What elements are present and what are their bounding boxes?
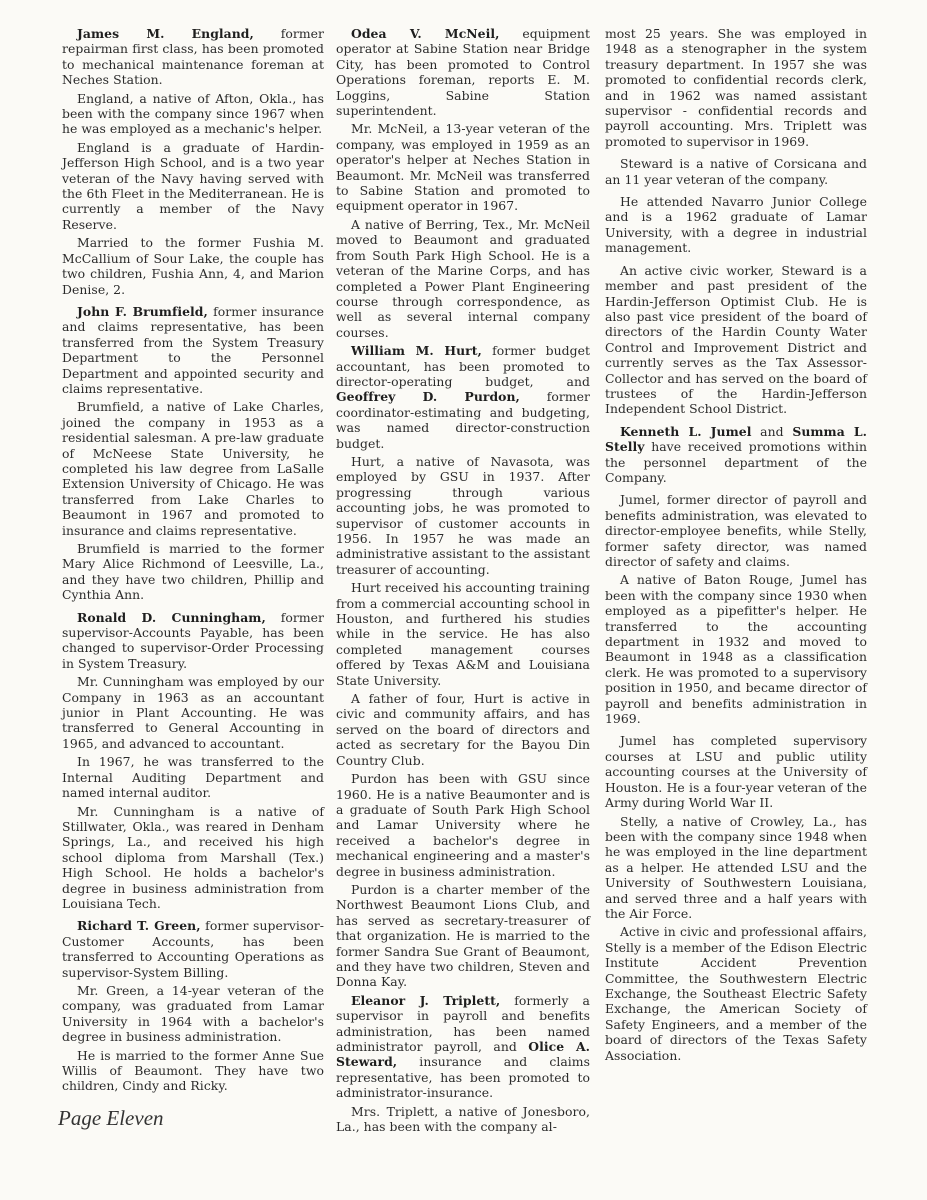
article-paragraph: Hurt, a native of Navasota, was employed… (336, 454, 590, 577)
article-paragraph: Steward is a native of Corsicana and an … (605, 156, 867, 187)
article-paragraph: A father of four, Hurt is active in civi… (336, 691, 590, 768)
article-paragraph: Eleanor J. Triplett, formerly a supervis… (336, 993, 590, 1101)
paragraph-text: Mrs. Triplett, a native of Jonesboro, La… (336, 1104, 590, 1134)
person-name: Richard T. Green, (77, 918, 201, 933)
page-number-footer: Page Eleven (58, 1106, 164, 1131)
article-paragraph: Odea V. McNeil, equipment operator at Sa… (336, 26, 590, 118)
article-paragraph: Mrs. Triplett, a native of Jonesboro, La… (336, 1104, 590, 1135)
paragraph-text: Active in civic and professional affairs… (605, 924, 867, 1062)
paragraph-text: A native of Baton Rouge, Jumel has been … (605, 572, 867, 726)
article-paragraph: John F. Brumfield, former insurance and … (62, 304, 324, 396)
person-name: William M. Hurt, (351, 343, 482, 358)
paragraph-text: have received promotions within the pers… (605, 439, 867, 485)
paragraph-text: England is a graduate of Hardin-Jefferso… (62, 140, 324, 232)
paragraph-text: Purdon is a charter member of the Northw… (336, 882, 590, 989)
paragraph-text: Brumfield, a native of Lake Charles, joi… (62, 399, 324, 537)
paragraph-text: A father of four, Hurt is active in civi… (336, 691, 590, 768)
person-name: Eleanor J. Triplett, (351, 993, 500, 1008)
paragraph-text: Mr. McNeil, a 13-year veteran of the com… (336, 121, 590, 213)
person-name: Ronald D. Cunningham, (77, 610, 266, 625)
paragraph-text: He attended Navarro Junior College and i… (605, 194, 867, 255)
paragraph-text: Jumel has completed supervisory courses … (605, 733, 867, 810)
article-paragraph: Jumel has completed supervisory courses … (605, 733, 867, 810)
paragraph-text: An active civic worker, Steward is a mem… (605, 263, 867, 417)
column-2: Odea V. McNeil, equipment operator at Sa… (336, 26, 590, 1137)
article-paragraph: Hurt received his accounting training fr… (336, 580, 590, 688)
article-paragraph: An active civic worker, Steward is a mem… (605, 263, 867, 417)
paragraph-text: Hurt received his accounting training fr… (336, 580, 590, 687)
paragraph-text: England, a native of Afton, Okla., has b… (62, 91, 324, 137)
paragraph-text: Married to the former Fushia M. McCalliu… (62, 235, 324, 296)
article-paragraph: Ronald D. Cunningham, former supervisor-… (62, 610, 324, 672)
article-paragraph: In 1967, he was transferred to the Inter… (62, 754, 324, 800)
article-paragraph: Stelly, a native of Crowley, La., has be… (605, 814, 867, 922)
paragraph-text: most 25 years. She was employed in 1948 … (605, 26, 867, 149)
magazine-page: James M. England, former repairman first… (0, 0, 927, 1200)
column-1: James M. England, former repairman first… (62, 26, 324, 1097)
article-paragraph: A native of Baton Rouge, Jumel has been … (605, 572, 867, 726)
article-paragraph: Richard T. Green, former supervisor-Cust… (62, 918, 324, 980)
article-paragraph: most 25 years. She was employed in 1948 … (605, 26, 867, 149)
article-paragraph: England, a native of Afton, Okla., has b… (62, 91, 324, 137)
paragraph-text: Steward is a native of Corsicana and an … (605, 156, 867, 186)
paragraph-text: Hurt, a native of Navasota, was employed… (336, 454, 590, 577)
paragraph-text: Mr. Cunningham was employed by our Compa… (62, 674, 324, 751)
paragraph-text: Mr. Cunningham is a native of Stillwater… (62, 804, 324, 911)
person-name: Geoffrey D. Purdon, (336, 389, 520, 404)
article-paragraph: England is a graduate of Hardin-Jefferso… (62, 140, 324, 232)
paragraph-text: Stelly, a native of Crowley, La., has be… (605, 814, 867, 921)
article-paragraph: A native of Berring, Tex., Mr. McNeil mo… (336, 217, 590, 340)
article-paragraph: He is married to the former Anne Sue Wil… (62, 1048, 324, 1094)
person-name: James M. England, (77, 26, 254, 41)
column-3: most 25 years. She was employed in 1948 … (605, 26, 867, 1066)
article-paragraph: Brumfield is married to the former Mary … (62, 541, 324, 603)
paragraph-text: In 1967, he was transferred to the Inter… (62, 754, 324, 800)
paragraph-text: Brumfield is married to the former Mary … (62, 541, 324, 602)
paragraph-text: A native of Berring, Tex., Mr. McNeil mo… (336, 217, 590, 340)
article-paragraph: William M. Hurt, former budget accountan… (336, 343, 590, 451)
article-paragraph: Mr. Green, a 14-year veteran of the comp… (62, 983, 324, 1045)
paragraph-text: Purdon has been with GSU since 1960. He … (336, 771, 590, 878)
paragraph-text: Mr. Green, a 14-year veteran of the comp… (62, 983, 324, 1044)
article-paragraph: Mr. Cunningham is a native of Stillwater… (62, 804, 324, 912)
article-paragraph: Kenneth L. Jumel and Summa L. Stelly hav… (605, 424, 867, 486)
article-paragraph: Jumel, former director of payroll and be… (605, 492, 867, 569)
article-paragraph: Mr. McNeil, a 13-year veteran of the com… (336, 121, 590, 213)
article-paragraph: James M. England, former repairman first… (62, 26, 324, 88)
paragraph-text: Jumel, former director of payroll and be… (605, 492, 867, 569)
paragraph-text: and (751, 424, 792, 439)
paragraph-text: He is married to the former Anne Sue Wil… (62, 1048, 324, 1094)
article-paragraph: Brumfield, a native of Lake Charles, joi… (62, 399, 324, 538)
article-paragraph: Purdon has been with GSU since 1960. He … (336, 771, 590, 879)
article-paragraph: Purdon is a charter member of the Northw… (336, 882, 590, 990)
person-name: Odea V. McNeil, (351, 26, 499, 41)
article-paragraph: He attended Navarro Junior College and i… (605, 194, 867, 256)
article-paragraph: Married to the former Fushia M. McCalliu… (62, 235, 324, 297)
person-name: Kenneth L. Jumel (620, 424, 751, 439)
person-name: John F. Brumfield, (77, 304, 208, 319)
article-paragraph: Mr. Cunningham was employed by our Compa… (62, 674, 324, 751)
article-paragraph: Active in civic and professional affairs… (605, 924, 867, 1063)
